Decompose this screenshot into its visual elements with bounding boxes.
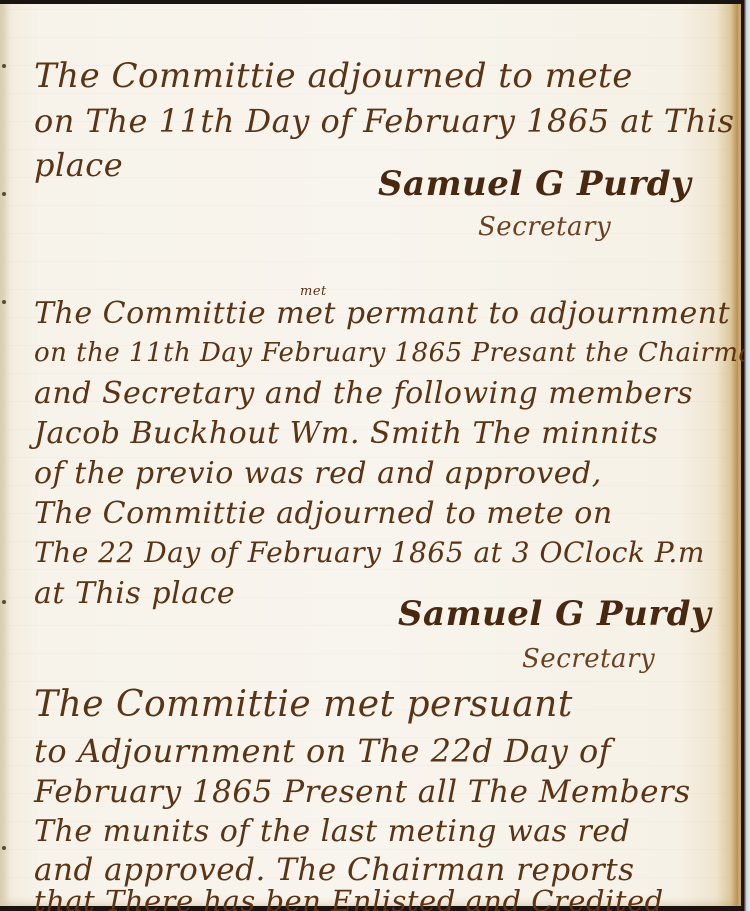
- entry-2-line-6: The Committie adjourned to mete on: [34, 496, 613, 531]
- binding-edge: [0, 4, 10, 906]
- entry-2-line-3: and Secretary and the following members: [34, 376, 693, 411]
- signature-title: Secretary: [478, 212, 611, 242]
- entry-2-line-8: at This place: [34, 576, 235, 611]
- entry-3-line-2: to Adjournment on The 22d Day of: [34, 732, 611, 770]
- signature-title: Secretary: [522, 644, 655, 674]
- entry-3-line-1: The Committie met persuant: [34, 684, 573, 725]
- binding-stitch: [2, 846, 6, 850]
- entry-2-line-5: of the previo was red and approved,: [34, 456, 602, 491]
- entry-3-line-4: The munits of the last meting was red: [34, 814, 630, 849]
- entry-3-line-5: and approved. The Chairman reports: [34, 852, 635, 888]
- binding-stitch: [2, 600, 6, 604]
- entry-2-line-7: The 22 Day of February 1865 at 3 OClock …: [34, 536, 705, 569]
- entry-2-line-1: The Committie met permant to adjournment: [34, 296, 730, 331]
- entry-2-line-2: on the 11th Day February 1865 Presant th…: [34, 338, 750, 368]
- entry-1-line-1: The Committie adjourned to mete: [34, 56, 633, 96]
- page-edge: [744, 0, 750, 911]
- entry-2-line-4: Jacob Buckhout Wm. Smith The minnits: [34, 416, 658, 451]
- signature-name: Samuel G Purdy: [398, 594, 711, 634]
- binding-stitch: [2, 192, 6, 196]
- binding-stitch: [2, 64, 6, 68]
- signature-name: Samuel G Purdy: [378, 164, 691, 204]
- manuscript-page: The Committie adjourned to mete on The 1…: [0, 4, 741, 906]
- entry-3-line-3: February 1865 Present all The Members: [34, 774, 691, 810]
- entry-1-line-2: on The 11th Day of February 1865 at This: [34, 102, 734, 140]
- entry-3-line-6: that There has ben Enlisted and Credited: [34, 884, 664, 911]
- entry-1-line-3: place: [34, 146, 123, 184]
- binding-stitch: [2, 300, 6, 304]
- inserted-word: met: [300, 284, 327, 299]
